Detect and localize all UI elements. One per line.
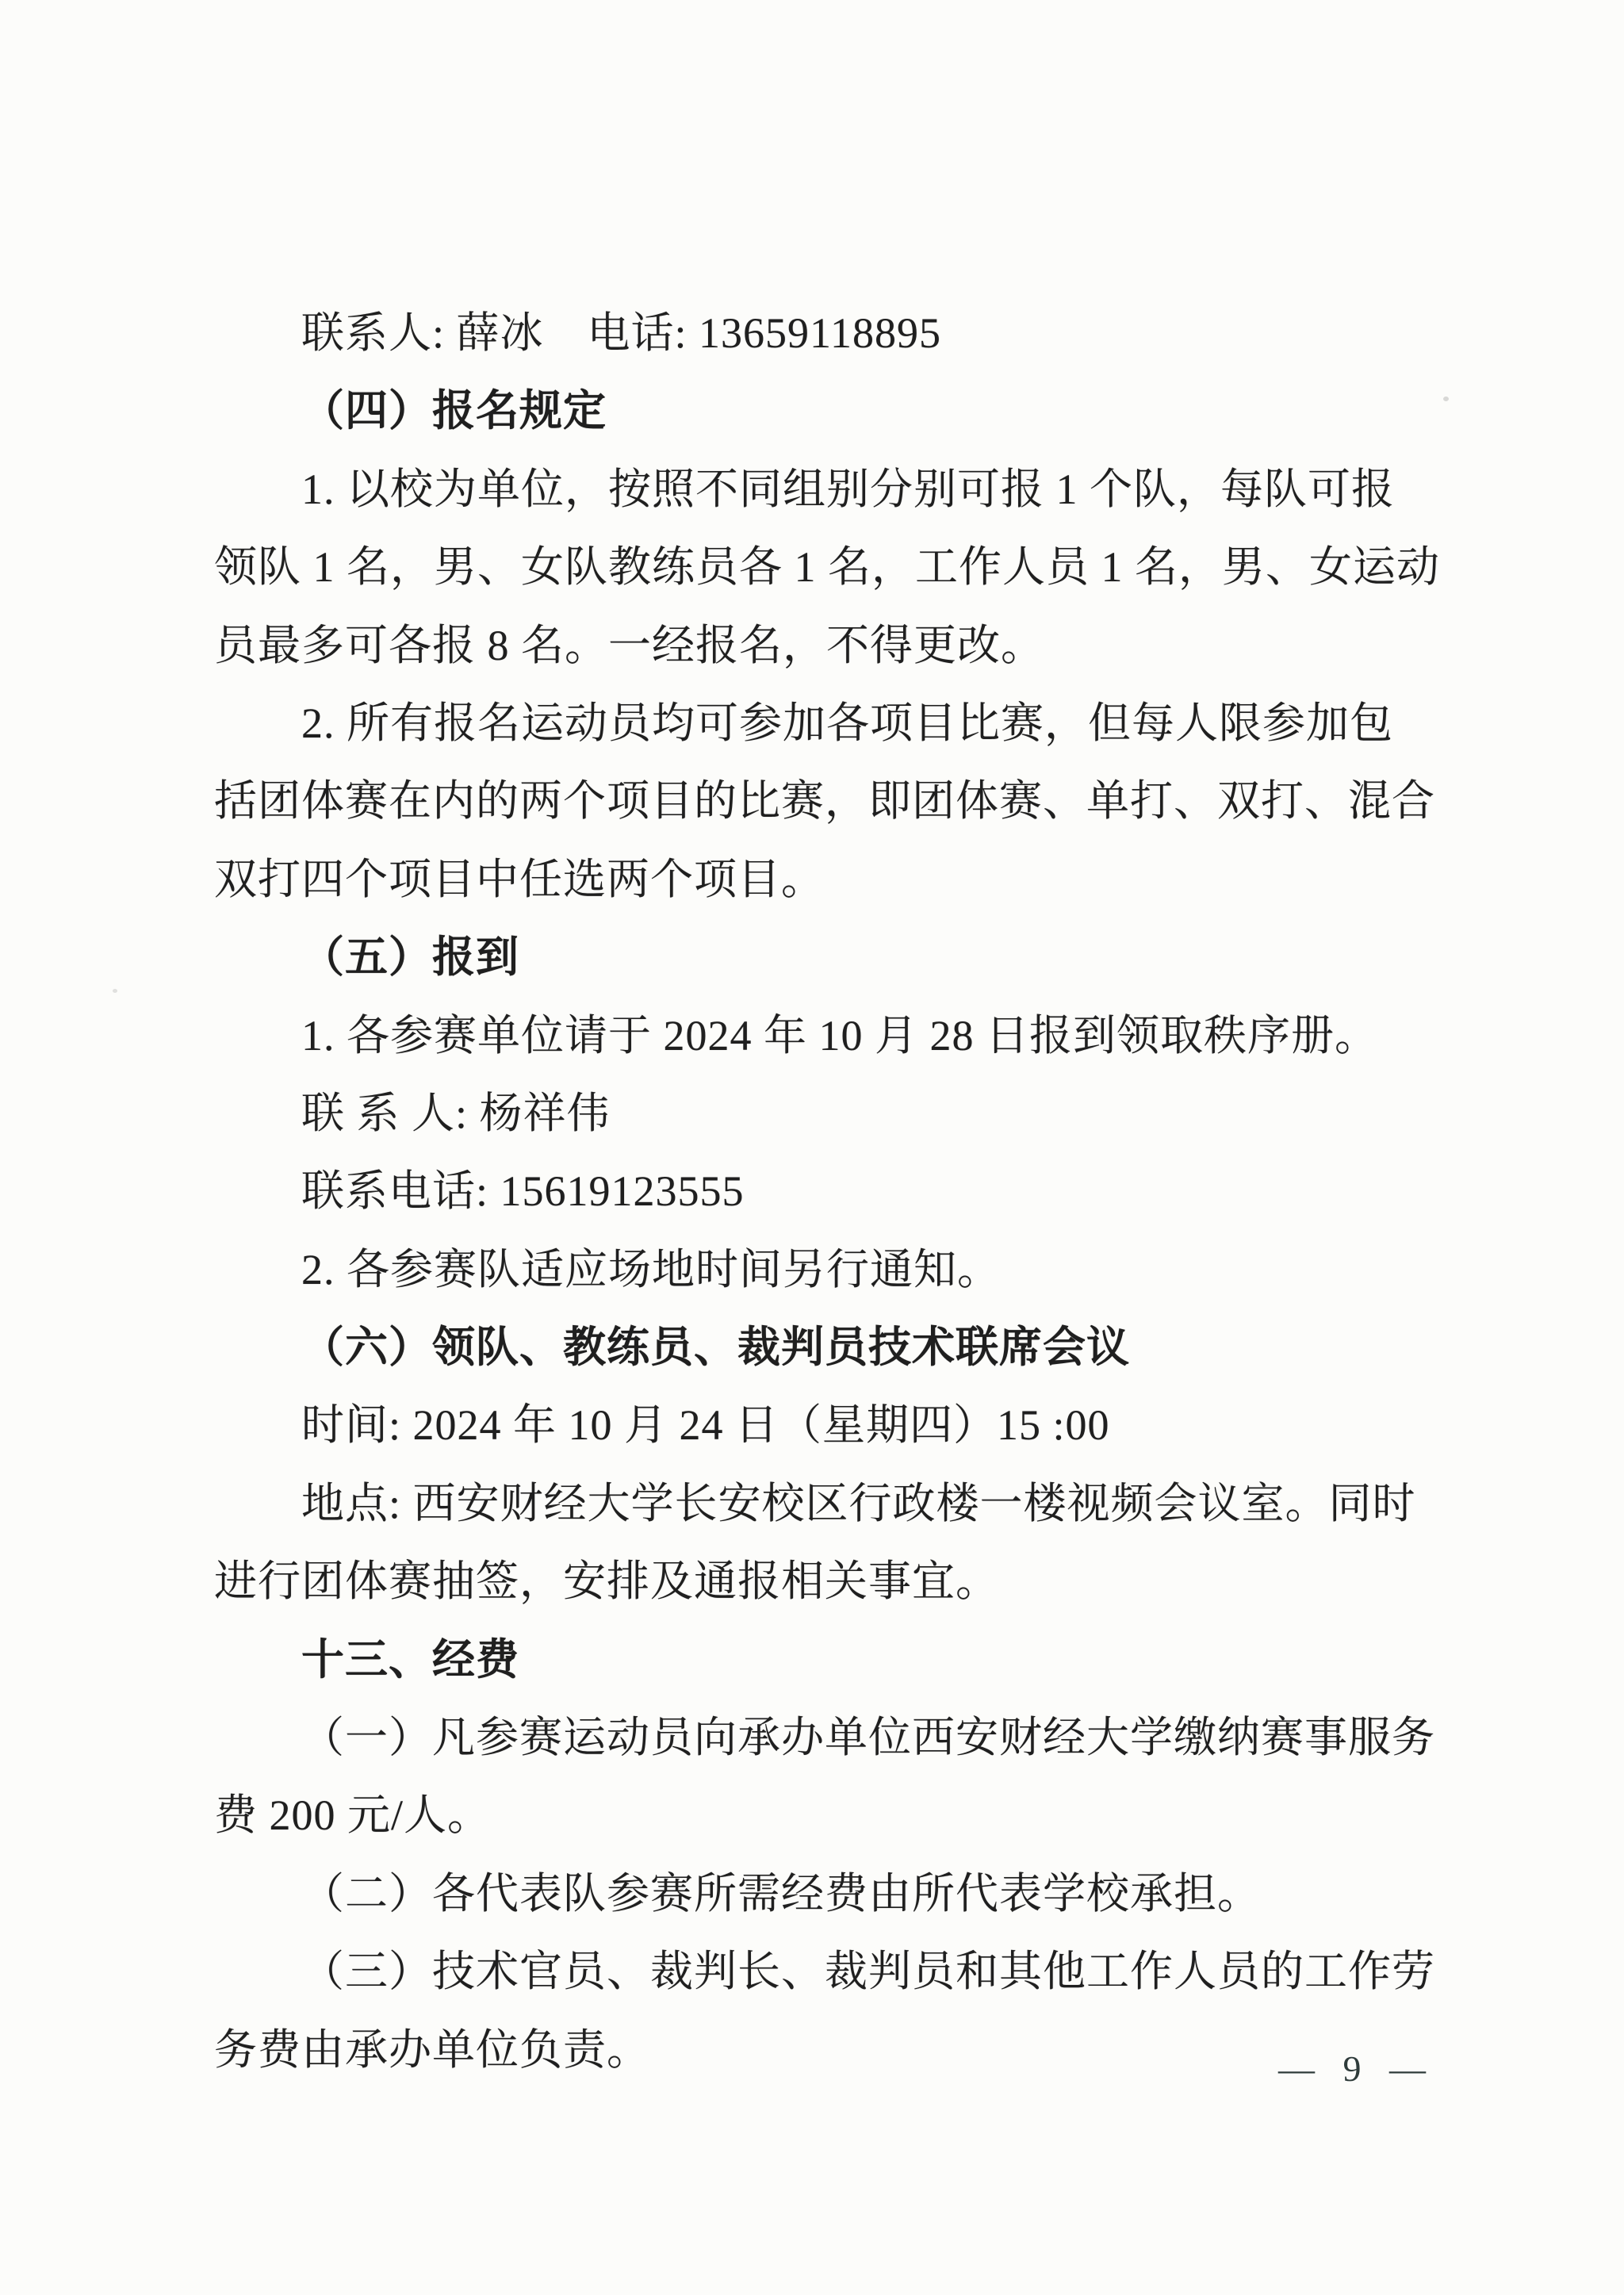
scan-speck-icon [113, 989, 117, 993]
text-line: 2. 各参赛队适应场地时间另行通知。 [214, 1231, 1427, 1308]
text-line: 费 200 元/人。 [214, 1776, 1427, 1854]
text-line: 进行团体赛抽签，安排及通报相关事宜。 [214, 1542, 1427, 1620]
text-line: 务费由承办单位负责。 [214, 2011, 1427, 2089]
text-line: 员最多可各报 8 名。一经报名，不得更改。 [214, 607, 1427, 684]
text-line: 联系人: 薛冰 电话: 13659118895 [214, 294, 1427, 372]
text-line: （一）凡参赛运动员向承办单位西安财经大学缴纳赛事服务 [214, 1699, 1427, 1776]
page-number: — 9 — [1278, 2046, 1435, 2092]
document-body: 联系人: 薛冰 电话: 13659118895（四）报名规定1. 以校为单位，按… [214, 294, 1427, 2089]
document-page: 联系人: 薛冰 电话: 13659118895（四）报名规定1. 以校为单位，按… [0, 0, 1624, 2295]
text-line: （三）技术官员、裁判长、裁判员和其他工作人员的工作劳 [214, 1933, 1427, 2010]
text-line: 1. 以校为单位，按照不同组别分别可报 1 个队，每队可报 [214, 450, 1427, 528]
scan-speck-icon [1443, 397, 1449, 401]
text-line: 十三、经费 [214, 1621, 1427, 1699]
text-line: 领队 1 名，男、女队教练员各 1 名，工作人员 1 名，男、女运动 [214, 528, 1427, 606]
text-line: 地点: 西安财经大学长安校区行政楼一楼视频会议室。同时 [214, 1465, 1427, 1542]
text-line: （五）报到 [214, 918, 1427, 996]
text-line: 联系电话: 15619123555 [214, 1152, 1427, 1230]
text-line: 2. 所有报名运动员均可参加各项目比赛，但每人限参加包 [214, 684, 1427, 762]
text-line: （六）领队、教练员、裁判员技术联席会议 [214, 1308, 1427, 1386]
text-line: 1. 各参赛单位请于 2024 年 10 月 28 日报到领取秩序册。 [214, 997, 1427, 1075]
text-line: 联 系 人: 杨祥伟 [214, 1075, 1427, 1152]
text-line: 括团体赛在内的两个项目的比赛，即团体赛、单打、双打、混合 [214, 762, 1427, 840]
text-line: 双打四个项目中任选两个项目。 [214, 841, 1427, 918]
text-line: （二）各代表队参赛所需经费由所代表学校承担。 [214, 1855, 1427, 1933]
text-line: （四）报名规定 [214, 372, 1427, 450]
text-line: 时间: 2024 年 10 月 24 日（星期四）15 :00 [214, 1386, 1427, 1464]
